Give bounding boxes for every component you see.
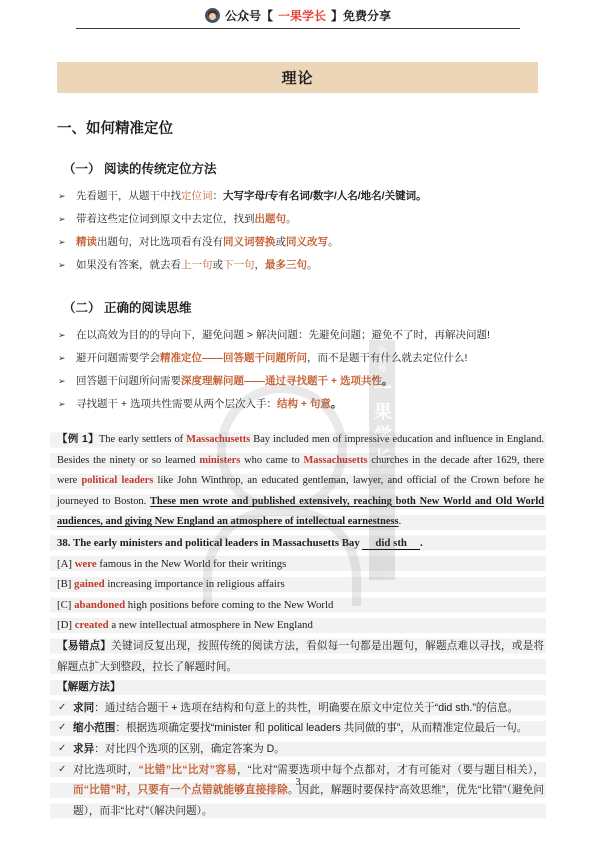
header-text-suffix: 】免费分享 xyxy=(331,7,391,24)
bullet-text: 回答题干问题所问需要深度理解问题——通过寻找题干 + 选项共性。 xyxy=(76,375,392,387)
page-title-banner: 理论 xyxy=(57,62,538,93)
option-d: [D] created a new intellectual atmospher… xyxy=(57,615,544,636)
mistake-note: 【易错点】关键词反复出现，按照传统的阅读方法，看似每一句都是出题句，解题点难以寻… xyxy=(57,636,544,677)
arrow-bullet-icon: ➢ xyxy=(58,370,66,393)
brand-name: 一果学长 xyxy=(278,7,326,24)
check-bullet-icon: ✓ xyxy=(58,718,66,739)
option-b: [B] gained increasing importance in reli… xyxy=(57,574,544,595)
document-page: 公众号【一果学长】免费分享 理论 一、如何精准定位 （一） 阅读的传统定位方法 … xyxy=(0,0,596,842)
page-title: 理论 xyxy=(281,67,313,88)
check-text: 对比选项时，“比错”比“比对”容易，“比对”需要选项中每个点都对，才有可能对（要… xyxy=(73,764,544,817)
bullet-text: 带着这些定位词到原文中去定位，找到出题句。 xyxy=(76,213,297,225)
bullet-text: 寻找题干 + 选项共性需要从两个层次入手：结构 + 句意。 xyxy=(76,398,341,410)
arrow-bullet-icon: ➢ xyxy=(58,208,66,231)
check-bullet-icon: ✓ xyxy=(58,760,66,781)
check-text: 缩小范围：根据选项确定要找“minister 和 political leade… xyxy=(73,722,527,734)
bullet-item: ➢避开问题需要学会精准定位——回答题干问题所问，而不是题干有什么就去定位什么! xyxy=(57,347,546,370)
arrow-bullet-icon: ➢ xyxy=(58,347,66,370)
arrow-bullet-icon: ➢ xyxy=(58,254,66,277)
option-c: [C] abandoned high positions before comi… xyxy=(57,595,544,616)
check-bullet-icon: ✓ xyxy=(58,739,66,760)
method-heading: 【解题方法】 xyxy=(57,677,544,698)
method-check-list: ✓求同：通过结合题干 + 选项在结构和句意上的共性，明确要在原文中定位关于“di… xyxy=(57,698,544,822)
arrow-bullet-icon: ➢ xyxy=(58,231,66,254)
bullet-item: ➢回答题干问题所问需要深度理解问题——通过寻找题干 + 选项共性。 xyxy=(57,370,546,393)
check-item: ✓缩小范围：根据选项确定要找“minister 和 political lead… xyxy=(57,718,544,739)
check-item: ✓求异：对比四个选项的区别，确定答案为 D。 xyxy=(57,739,544,760)
bullet-text: 精读出题句，对比选项看有没有同义词替换或同义改写。 xyxy=(76,236,339,248)
arrow-bullet-icon: ➢ xyxy=(58,324,66,347)
bullet-item: ➢在以高效为目的的导向下，避免问题 > 解决问题：先避免问题；避免不了时，再解决… xyxy=(57,324,546,347)
arrow-bullet-icon: ➢ xyxy=(58,393,66,416)
header-text-prefix: 公众号【 xyxy=(225,7,273,24)
bullet-list-2: ➢在以高效为目的的导向下，避免问题 > 解决问题：先避免问题；避免不了时，再解决… xyxy=(57,324,546,416)
check-text: 求同：通过结合题干 + 选项在结构和句意上的共性，明确要在原文中定位关于“did… xyxy=(73,702,518,714)
check-item: ✓求同：通过结合题干 + 选项在结构和句意上的共性，明确要在原文中定位关于“di… xyxy=(57,698,544,719)
bullet-text: 如果没有答案，就去看上一句或下一句，最多三句。 xyxy=(76,259,318,271)
option-a: [A] were famous in the New World for the… xyxy=(57,554,544,575)
example-block: 【例 1】The early settlers of Massachusetts… xyxy=(50,430,546,821)
bullet-text: 先看题干，从题干中找定位词：大写字母/专有名词/数字/人名/地名/关键词。 xyxy=(76,190,427,202)
check-item: ✓对比选项时，“比错”比“比对”容易，“比对”需要选项中每个点都对，才有可能对（… xyxy=(57,760,544,822)
brand-avatar-icon xyxy=(205,8,220,23)
bullet-item: ➢寻找题干 + 选项共性需要从两个层次入手：结构 + 句意。 xyxy=(57,393,546,416)
arrow-bullet-icon: ➢ xyxy=(58,185,66,208)
section-heading: 一、如何精准定位 xyxy=(57,117,596,138)
bullet-item: ➢先看题干，从题干中找定位词：大写字母/专有名词/数字/人名/地名/关键词。 xyxy=(57,185,546,208)
example-paragraph: 【例 1】The early settlers of Massachusetts… xyxy=(57,430,544,533)
bullet-text: 避开问题需要学会精准定位——回答题干问题所问，而不是题干有什么就去定位什么! xyxy=(76,352,467,364)
bullet-item: ➢带着这些定位词到原文中去定位，找到出题句。 xyxy=(57,208,546,231)
bullet-item: ➢精读出题句，对比选项看有没有同义词替换或同义改写。 xyxy=(57,231,546,254)
bullet-text: 在以高效为目的的导向下，避免问题 > 解决问题：先避免问题；避免不了时，再解决问… xyxy=(76,329,490,341)
header-divider xyxy=(76,28,520,29)
bullet-list-1: ➢先看题干，从题干中找定位词：大写字母/专有名词/数字/人名/地名/关键词。 ➢… xyxy=(57,185,546,277)
bullet-item: ➢如果没有答案，就去看上一句或下一句，最多三句。 xyxy=(57,254,546,277)
question-text: 38. The early ministers and political le… xyxy=(57,533,544,554)
page-header: 公众号【一果学长】免费分享 xyxy=(0,0,596,24)
subsection-heading-1: （一） 阅读的传统定位方法 xyxy=(63,159,596,177)
subsection-heading-2: （二） 正确的阅读思维 xyxy=(63,298,596,316)
check-bullet-icon: ✓ xyxy=(58,698,66,719)
check-text: 求异：对比四个选项的区别，确定答案为 D。 xyxy=(73,743,285,755)
